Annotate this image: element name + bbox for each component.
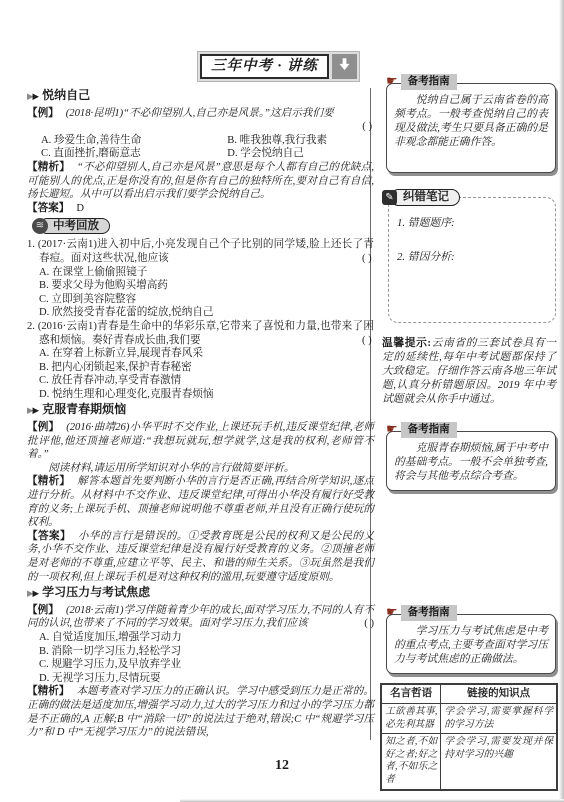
- analysis-paragraph: 【精析】“不必仰望别人,自己亦是风景”意思是每个人都有自己的优缺点,可能别人的优…: [27, 161, 374, 202]
- option-item: B. 把内心闭锁起来,保护青春秘密: [27, 361, 374, 375]
- book-page: 三年中考 · 讲练 ▶▶悦纳自己 【例】(2018·昆明1)“不必仰望别人,自己…: [0, 0, 564, 802]
- option-item: B. 消除一切学习压力,轻松学习: [27, 645, 374, 659]
- answer-bracket: ( ): [364, 617, 374, 631]
- download-button[interactable]: [332, 54, 357, 79]
- section-marker-icon: ▶▶: [27, 406, 38, 416]
- table-row: 工欲善其事,必先利其器 学会学习,需要掌握科学的学习方法: [381, 704, 557, 734]
- replay-badge-label: 中考回放: [39, 218, 110, 234]
- analysis-label: 【精析】: [27, 476, 70, 487]
- proverb-knowledge-table: 名言哲语 链接的知识点 工欲善其事,必先利其器 学会学习,需要掌握科学的学习方法…: [380, 683, 558, 791]
- pointing-hand-icon: ☛: [386, 76, 398, 88]
- page-title: 三年中考 · 讲练: [200, 54, 329, 79]
- prep-guide-text: 克服青春期烦恼,属于中考中的基础考点。一般不会单独考查,将会与其他考点综合考查。: [394, 441, 548, 483]
- analysis-label: 【精析】: [27, 686, 70, 697]
- question-item: 1. (2017·云南1)进入初中后,小亮发现自己个子比别的同学矮,脸上还长了青…: [27, 238, 374, 265]
- table-header-row: 名言哲语 链接的知识点: [381, 684, 557, 704]
- error-analysis-field[interactable]: 2. 错因分析:: [397, 250, 547, 264]
- prep-guide-box-3: ☛ 备考指南 学习压力与考试焦虑是中考的重点考点,主要考查面对学习压力与考试焦虑…: [386, 605, 556, 674]
- section-marker-icon: ▶▶: [27, 589, 38, 599]
- correction-notes-header: ✎ 纠错笔记: [382, 189, 556, 206]
- warm-tip-label: 温馨提示:: [382, 337, 431, 349]
- example-label: 【例】: [27, 422, 59, 433]
- example-label: 【例】: [27, 605, 59, 616]
- table-cell: 学会学习,需要掌握科学的学习方法: [441, 704, 557, 734]
- option-item: C. 规避学习压力,及早放弃学业: [27, 658, 374, 672]
- analysis-label: 【精析】: [27, 162, 70, 173]
- prep-guide-label: 备考指南: [401, 74, 457, 90]
- answer-label: 【答案】: [27, 531, 71, 542]
- option-item: D. 无视学习压力,尽情玩耍: [27, 672, 374, 686]
- option-item: D. 学会悦纳自己: [215, 147, 374, 161]
- example-paragraph: 【例】(2018·云南1)学习伴随着青少年的成长,面对学习压力,不同的人有不同的…: [27, 604, 374, 631]
- option-item: D. 悦纳生理和心理变化,克服青春烦恼: [27, 388, 374, 402]
- down-arrow-icon: [337, 57, 352, 77]
- pointing-hand-icon: ☛: [386, 424, 398, 436]
- correction-notes: ✎ 纠错笔记 1. 错题题序: 2. 错因分析:: [382, 189, 556, 323]
- section-title-yuena-ziji: ▶▶悦纳自己: [27, 89, 374, 105]
- error-number-field[interactable]: 1. 错题题序:: [397, 216, 547, 230]
- option-item: A. 在课堂上偷偷照镜子: [27, 266, 374, 280]
- example-paragraph: 【例】(2016·曲靖26)小华平时不交作业,上课还玩手机,违反课堂纪律,老师批…: [27, 421, 374, 462]
- option-item: A. 珍爱生命,善待生命: [29, 134, 215, 148]
- prep-guide-header: ☛ 备考指南: [386, 605, 556, 621]
- prep-guide-body: 克服青春期烦恼,属于中考中的基础考点。一般不会单独考查,将会与其他考点综合考查。: [386, 431, 556, 491]
- option-item: C. 立即到美容院整容: [27, 293, 374, 307]
- example-prompt: 阅读材料,请运用所学知识对小华的言行做简要评析。: [27, 462, 374, 476]
- table-cell: 工欲善其事,必先利其器: [381, 704, 441, 734]
- answer-label: 【答案】: [27, 203, 69, 214]
- answer-paragraph: 【答案】D: [27, 202, 374, 216]
- section-title-xuexi-yali: ▶▶学习压力与考试焦虑: [27, 586, 374, 602]
- scan-edge-shadow: [559, 0, 564, 802]
- replay-badge: ≋ 中考回放: [32, 218, 374, 234]
- analysis-paragraph: 【精析】本题考查对学习压力的正确认识。学习中感受到压力是正常的。正确的做法是适度…: [27, 685, 374, 739]
- question-item: 2. (2016·云南1)青春是生命中的华彩乐章,它带来了喜悦和力量,也带来了困…: [27, 320, 374, 347]
- table-header-cell: 链接的知识点: [441, 684, 557, 704]
- prep-guide-text: 学习压力与考试焦虑是中考的重点考点,主要考查面对学习压力与考试焦虑的正确做法。: [394, 624, 548, 666]
- option-item: D. 欣然接受青春花蕾的绽放,悦纳自己: [27, 306, 374, 320]
- option-grid: A. 珍爱生命,善待生命 B. 唯我独尊,我行我素 C. 直面挫折,磨砺意志 D…: [27, 134, 374, 161]
- option-item: B. 唯我独尊,我行我素: [215, 134, 374, 148]
- option-item: B. 要求父母为他购买增高药: [27, 279, 374, 293]
- prep-guide-label: 备考指南: [401, 605, 457, 621]
- main-column: ▶▶悦纳自己 【例】(2018·昆明1)“不必仰望别人,自己亦是风景。”这启示我…: [27, 87, 374, 740]
- prep-guide-text: 悦纳自己属于云南省卷的高频考点。一般考查悦纳自己的表现及做法,考生只要具备正确的…: [394, 93, 548, 149]
- section-title-kefu-fannao: ▶▶克服青春期烦恼: [27, 403, 374, 419]
- pencil-icon: ✎: [382, 190, 397, 205]
- prep-guide-box-1: ☛ 备考指南 悦纳自己属于云南省卷的高频考点。一般考查悦纳自己的表现及做法,考生…: [386, 74, 556, 173]
- answer-bracket: ( ): [27, 120, 374, 134]
- prep-guide-body: 悦纳自己属于云南省卷的高频考点。一般考查悦纳自己的表现及做法,考生只要具备正确的…: [386, 83, 556, 173]
- prep-guide-box-2: ☛ 备考指南 克服青春期烦恼,属于中考中的基础考点。一般不会单独考查,将会与其他…: [386, 422, 556, 491]
- header-banner: 三年中考 · 讲练: [197, 51, 360, 82]
- analysis-paragraph: 【精析】解答本题首先要判断小华的言行是否正确,再结合所学知识,逐点进行分析。从材…: [27, 475, 374, 529]
- prep-guide-label: 备考指南: [401, 422, 457, 438]
- example-paragraph: 【例】(2018·昆明1)“不必仰望别人,自己亦是风景。”这启示我们要: [27, 107, 374, 121]
- sidebar-column: ☛ 备考指南 悦纳自己属于云南省卷的高频考点。一般考查悦纳自己的表现及做法,考生…: [380, 74, 558, 791]
- option-item: C. 放任青春冲动,享受青春激情: [27, 374, 374, 388]
- example-stem: (2018·昆明1)“不必仰望别人,自己亦是风景。”这启示我们要: [66, 108, 334, 119]
- correction-notes-body: 1. 错题题序: 2. 错因分析:: [388, 197, 556, 323]
- prep-guide-header: ☛ 备考指南: [386, 422, 556, 438]
- section-marker-icon: ▶▶: [27, 92, 38, 102]
- correction-notes-label: 纠错笔记: [390, 189, 460, 206]
- example-label: 【例】: [27, 108, 59, 119]
- option-item: A. 自觉适度加压,增强学习动力: [27, 631, 374, 645]
- prep-guide-header: ☛ 备考指南: [386, 74, 556, 90]
- pointing-hand-icon: ☛: [386, 607, 398, 619]
- page-number: 12: [0, 758, 564, 774]
- table-header-cell: 名言哲语: [381, 684, 441, 704]
- option-item: C. 直面挫折,磨砺意志: [29, 147, 215, 161]
- warm-tip: 温馨提示:云南省的三套试卷具有一定的延续性,每年中考试题都保持了大致稳定。仔细作…: [382, 336, 556, 406]
- answer-paragraph: 【答案】小华的言行是错误的。①受教育既是公民的权利又是公民的义务,小华不交作业、…: [27, 530, 374, 584]
- prep-guide-body: 学习压力与考试焦虑是中考的重点考点,主要考查面对学习压力与考试焦虑的正确做法。: [386, 614, 556, 674]
- option-item: A. 在穿着上标新立异,展现青春风采: [27, 347, 374, 361]
